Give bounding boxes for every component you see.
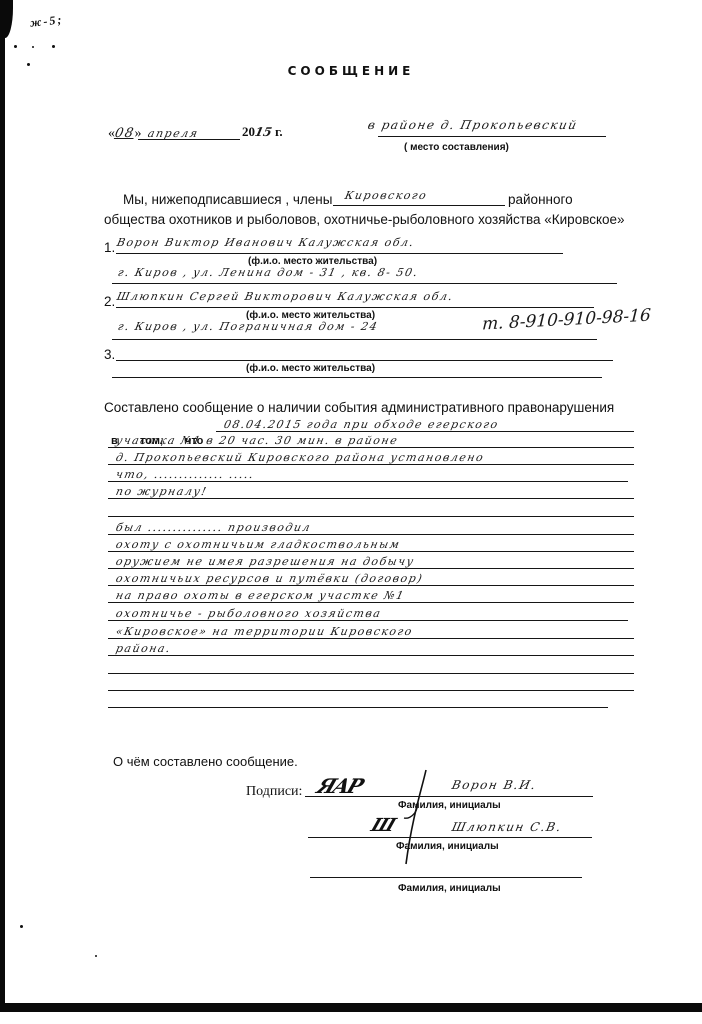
scan-border-bottom [0, 1003, 702, 1012]
member-2-line2: г. Киров , ул. Пограничная дом - 24 [117, 320, 380, 333]
month-underline-tail [210, 139, 240, 140]
intro-line2: общества охотников и рыболовов, охотничь… [104, 212, 625, 227]
statement-rule [108, 551, 634, 552]
scan-blot [0, 0, 13, 38]
statement-heading: Составлено сообщение о наличии события а… [104, 400, 614, 415]
month-underline [138, 139, 210, 140]
statement-line-text: был ............... производил [115, 521, 313, 534]
district-suffix: районного [508, 192, 573, 207]
statement-rule [108, 568, 634, 569]
member-1-underline2 [112, 283, 617, 284]
member-2-line1: Шлюпкин Сергей Викторович Калужская обл. [116, 290, 455, 303]
statement-line-text: что, .............. ..... [115, 468, 256, 481]
district-value: Кировского [344, 189, 429, 202]
member-1-underline1 [116, 253, 563, 254]
statement-rule [108, 620, 628, 621]
statement-rule [108, 690, 634, 691]
signature-1-name: Ворон В.И. [451, 778, 539, 792]
member-1-line1: Ворон Виктор Иванович Калужская обл. [116, 236, 416, 249]
statement-rule [108, 447, 634, 448]
scan-speck [52, 45, 55, 48]
member-2-phone: т. 8-910-910-98-16 [482, 306, 652, 335]
statement-line-text: охотничье - рыболовного хозяйства [115, 607, 383, 620]
statement-line-text: охотничьих ресурсов и путёвки (договор) [115, 572, 425, 585]
signature-2-name: Шлюпкин С.В. [451, 820, 564, 834]
signature-1-caption: Фамилия, инициалы [398, 800, 501, 811]
statement-rule [108, 464, 634, 465]
statement-rule [108, 655, 634, 656]
member-number: 3. [104, 347, 115, 362]
district-underline [333, 205, 505, 206]
place-value: в районе д. Прокопьевский [367, 118, 580, 132]
scan-speck [95, 955, 97, 957]
statement-rule [108, 602, 634, 603]
place-caption: ( место составления) [404, 142, 509, 153]
scan-speck [14, 45, 17, 48]
statement-rule [216, 431, 634, 432]
statement-line-text: на право охоты в егерском участке №1 [115, 589, 406, 602]
statement-rule [108, 638, 634, 639]
statement-rule [108, 707, 608, 708]
statement-rule [108, 585, 634, 586]
statement-line-text: «Кировское» на территории Кировского [115, 625, 415, 638]
signature-1-line [305, 796, 593, 797]
statement-line-text: района. [115, 642, 173, 655]
statement-line-text: по журналу! [115, 485, 209, 498]
statement-rule [108, 673, 634, 674]
statement-rule [108, 498, 634, 499]
signature-mark-1: ЯАР [314, 774, 366, 798]
intro-lead: Мы, нижеподписавшиеся , члены [123, 192, 332, 207]
statement-rule [108, 481, 628, 482]
statement-line-text: д. Прокопьевский Кировского района устан… [115, 451, 486, 464]
member-3-caption: (ф.и.о. место жительства) [246, 363, 375, 374]
date-year: 2015 г. [242, 124, 283, 140]
statement-line-text: 08.04.2015 года при обходе егерского [223, 418, 500, 431]
member-number: 2. [104, 294, 115, 309]
signature-3-caption: Фамилия, инициалы [398, 883, 501, 894]
scan-speck [32, 46, 34, 48]
scan-border-left [0, 0, 5, 1008]
scan-speck [20, 925, 23, 928]
member-2-underline1 [116, 307, 594, 308]
signature-mark-2: Ш [368, 815, 396, 836]
corner-note: ж-5; [29, 12, 64, 30]
member-3-underline2 [112, 377, 602, 378]
member-2-underline2 [112, 339, 597, 340]
signature-stroke [400, 768, 430, 868]
member-3-underline1 [116, 360, 613, 361]
statement-line-text: оружием не имея разрешения на добычу [115, 555, 416, 568]
statement-rule [108, 516, 634, 517]
member-1-line2: г. Киров , ул. Ленина дом - 31 , кв. 8- … [117, 266, 420, 279]
closing-text: О чём составлено сообщение. [113, 754, 298, 769]
statement-line-text: охоту с охотничьим гладкоствольным [115, 538, 402, 551]
signature-3-line [310, 877, 582, 878]
statement-line-text: участка №1 в 20 час. 30 мин. в районе [115, 434, 400, 447]
statement-rule [108, 534, 634, 535]
date-day: 08 [113, 126, 136, 141]
signatures-label: Подписи: [246, 784, 302, 800]
member-number: 1. [104, 240, 115, 255]
signature-2-caption: Фамилия, инициалы [396, 841, 499, 852]
place-underline [378, 136, 606, 137]
signature-2-line [308, 837, 592, 838]
document-title: СООБЩЕНИЕ [0, 64, 702, 78]
